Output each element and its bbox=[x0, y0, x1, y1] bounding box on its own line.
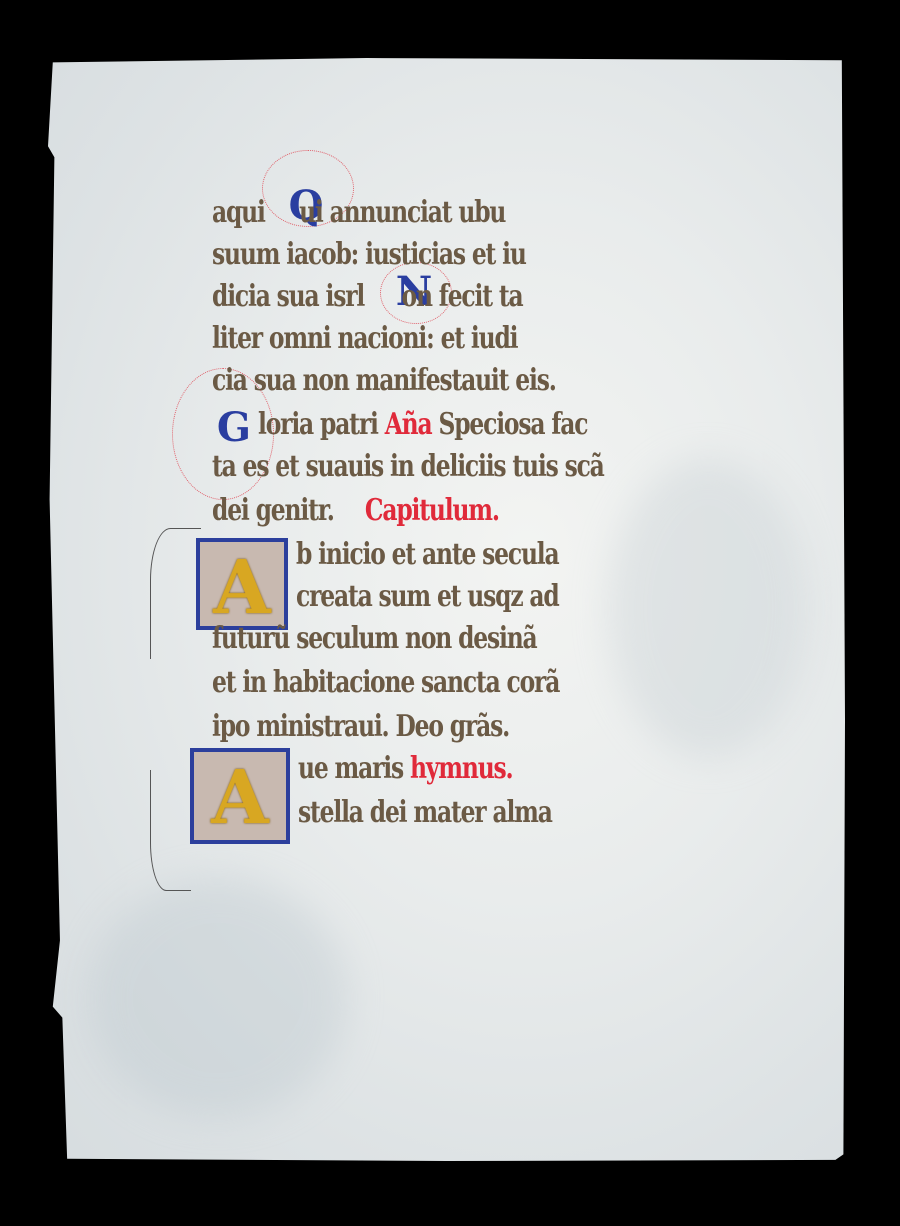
parchment-stain bbox=[88, 878, 348, 1118]
text-line-3: dicia sua isrlon fecit ta bbox=[212, 280, 522, 314]
gold-initial-a: A bbox=[196, 538, 288, 630]
gold-letter: A bbox=[202, 758, 278, 834]
text-line-12: et in habitacione sancta corã bbox=[212, 666, 559, 700]
text-line-4: liter omni nacioni: et iudi bbox=[212, 322, 517, 356]
text-line-5: cia sua non manifestauit eis. bbox=[212, 364, 556, 398]
rubric-antiphon: Aña bbox=[385, 407, 432, 442]
rubric-capitulum: Capitulum. bbox=[365, 493, 499, 528]
gold-letter: A bbox=[208, 548, 276, 620]
text-line-15: stella dei mater alma bbox=[298, 796, 552, 830]
text-line-2: suum iacob: iusticias et iu bbox=[212, 238, 526, 272]
text-line-6: loria patri Aña Speciosa fac bbox=[258, 408, 587, 442]
pen-spray bbox=[150, 528, 201, 659]
initial-g: G bbox=[214, 408, 254, 448]
gold-initial-a-ave: A bbox=[190, 748, 290, 844]
text-line-13: ipo ministraui. Deo grãs. bbox=[212, 710, 509, 744]
pen-spray bbox=[150, 770, 191, 891]
text-line-8: dei genitr.Capitulum. bbox=[212, 494, 499, 528]
text-line-11: futurũ seculum non desinã bbox=[212, 622, 537, 656]
text-line-7: ta es et suauis in deliciis tuis scã bbox=[212, 450, 604, 484]
text-line-1: aquiui annunciat ubu bbox=[212, 196, 505, 230]
text-line-9: b inicio et ante secula bbox=[296, 538, 559, 572]
text-line-14: ue maris hymnus. bbox=[298, 752, 513, 786]
text-line-10: creata sum et usqz ad bbox=[296, 580, 559, 614]
rubric-hymnus: hymnus. bbox=[410, 751, 513, 786]
parchment-stain bbox=[608, 458, 808, 758]
